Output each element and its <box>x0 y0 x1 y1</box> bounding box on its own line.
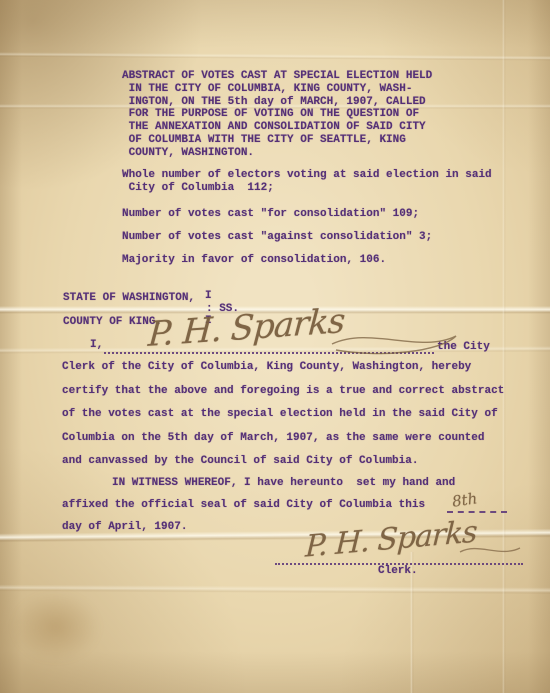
cert-intro-prefix: I, <box>90 339 103 352</box>
tally-majority-line: Majority in favor of consolidation, 106. <box>122 254 386 267</box>
paper-crease <box>0 585 550 595</box>
heading-line: THE ANNEXATION AND CONSOLIDATION OF SAID… <box>122 121 426 134</box>
witness-line3: day of April, 1907. <box>62 521 187 534</box>
document-scan: ABSTRACT OF VOTES CAST AT SPECIAL ELECTI… <box>0 0 550 693</box>
clerk-signature-line <box>275 549 523 565</box>
tally-electors-line2: City of Columbia 112; <box>122 182 274 195</box>
tally-against-line: Number of votes cast "against consolidat… <box>122 231 432 244</box>
heading-line: FOR THE PURPOSE OF VOTING ON THE QUESTIO… <box>122 108 419 121</box>
clerk-title: Clerk. <box>378 565 418 578</box>
cert-body-line: certify that the above and foregoing is … <box>62 385 504 398</box>
paper-crease-vertical <box>502 0 506 693</box>
venue-state-line: STATE OF WASHINGTON, <box>63 292 195 305</box>
tally-for-line: Number of votes cast "for consolidation"… <box>122 208 419 221</box>
cert-body-line: and canvassed by the Council of said Cit… <box>62 455 418 468</box>
heading-line: IN THE CITY OF COLUMBIA, KING COUNTY, WA… <box>122 83 412 96</box>
venue-county-line: COUNTY OF KING. <box>63 316 162 329</box>
heading-line: ABSTRACT OF VOTES CAST AT SPECIAL ELECTI… <box>122 70 432 83</box>
cert-body-line: Columbia on the 5th day of March, 1907, … <box>62 432 484 445</box>
witness-line1: IN WITNESS WHEREOF, I have hereunto set … <box>112 477 455 490</box>
heading-line: COUNTY, WASHINGTON. <box>122 147 254 160</box>
cert-intro-suffix: the City <box>437 341 490 354</box>
day-handwriting: 8th <box>451 489 478 510</box>
witness-line2: affixed the official seal of said City o… <box>62 499 425 512</box>
paper-crease <box>0 52 550 61</box>
cert-body-line: Clerk of the City of Columbia, King Coun… <box>62 361 471 374</box>
cert-body-line: of the votes cast at the special electio… <box>62 408 498 421</box>
tally-electors-line1: Whole number of electors voting at said … <box>122 169 492 182</box>
heading-line: OF COLUMBIA WITH THE CITY OF SEATTLE, KI… <box>122 134 406 147</box>
venue-brace-top: I <box>205 290 212 303</box>
paper-stain <box>12 592 100 662</box>
